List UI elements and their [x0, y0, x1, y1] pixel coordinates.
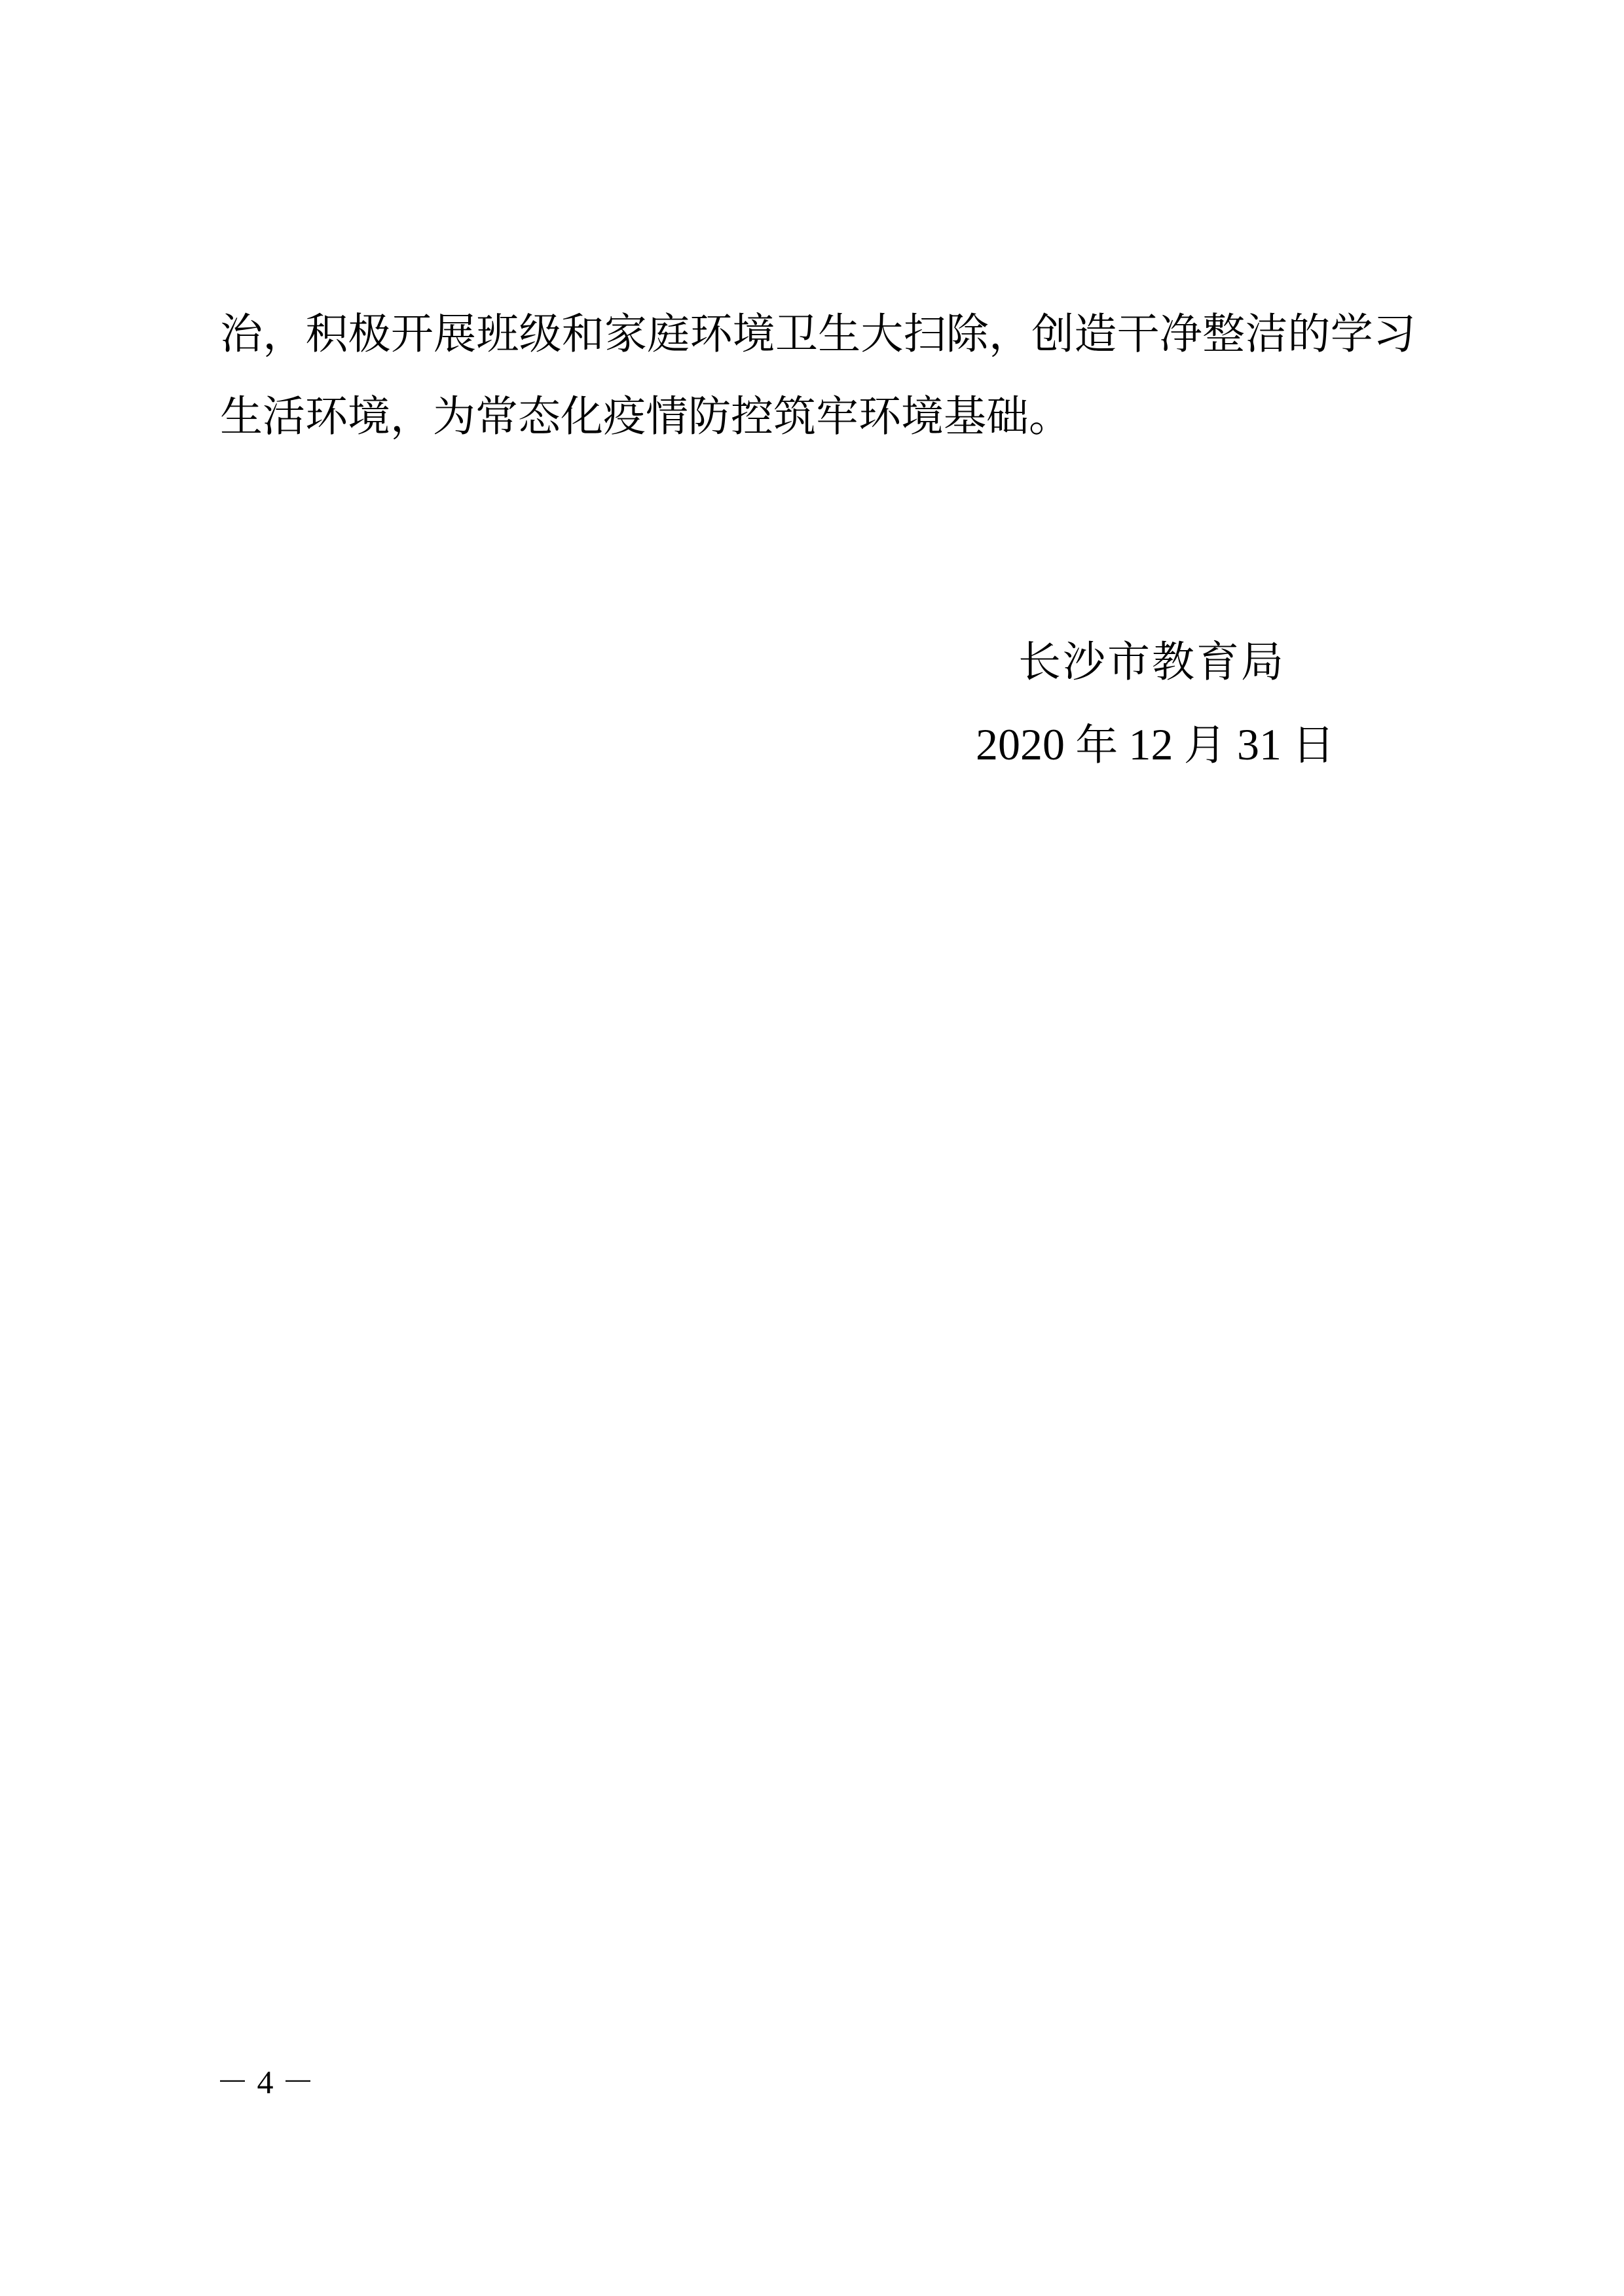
date-day: 31 — [1237, 720, 1282, 769]
date-month-unit: 月 — [1184, 721, 1227, 770]
body-text-line-1: 治，积极开展班级和家庭环境卫生大扫除，创造干净整洁的学习 — [220, 308, 1416, 361]
date-year-unit: 年 — [1075, 721, 1118, 770]
page-number-suffix: － — [282, 2064, 314, 2100]
date-day-unit: 日 — [1292, 721, 1335, 770]
document-page: 治，积极开展班级和家庭环境卫生大扫除，创造干净整洁的学习 生活环境，为常态化疫情… — [0, 0, 1624, 2296]
date-month: 12 — [1129, 720, 1173, 769]
signature-date: 2020 年 12 月 31 日 — [976, 718, 1335, 772]
page-number: － 4 － — [216, 2062, 314, 2102]
body-text-line-2: 生活环境，为常态化疫情防控筑牢环境基础。 — [220, 391, 1071, 443]
signature-organization: 长沙市教育局 — [1018, 636, 1285, 689]
page-number-value: 4 — [257, 2064, 274, 2100]
page-number-prefix: － — [216, 2064, 249, 2100]
date-year: 2020 — [976, 720, 1065, 769]
